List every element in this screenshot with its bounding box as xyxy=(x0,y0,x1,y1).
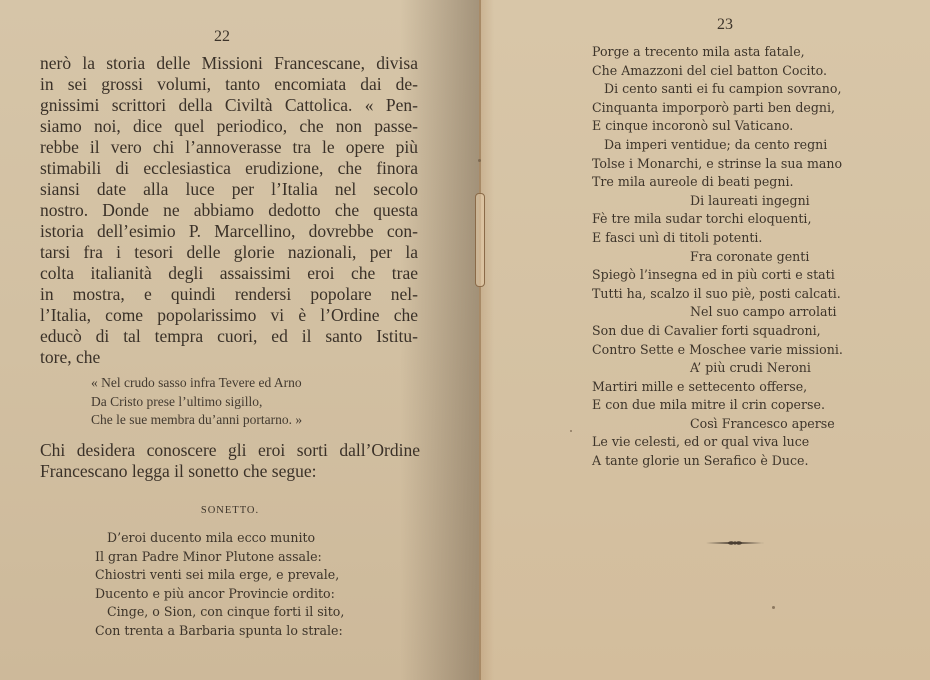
verse-line: Di laureati ingegni xyxy=(592,192,843,211)
text-line: educò di tal tempra cuori, ed il santo I… xyxy=(40,326,418,347)
verse-line: D’eroi ducento mila ecco munito xyxy=(95,529,344,548)
quote-line: Che le sue membra du’anni portarno. » xyxy=(91,411,302,430)
verse-line: A’ più crudi Neroni xyxy=(592,359,843,378)
text-line: gnissimi scrittori della Civiltà Cattoli… xyxy=(40,95,418,116)
verse-line: Il gran Padre Minor Plutone assale: xyxy=(95,548,344,567)
verse-line: Che Amazzoni del ciel batton Cocito. xyxy=(592,62,843,81)
verse-line: Da imperi ventidue; da cento regni xyxy=(592,136,843,155)
verse-line: Nel suo campo arrolati xyxy=(592,303,843,322)
paper-speck xyxy=(478,159,481,162)
verse-line: Di cento santi ei fu campion sovrano, xyxy=(592,80,843,99)
book-spread: 22 nerò la storia delle Missioni Frances… xyxy=(0,0,930,680)
quote-line: « Nel crudo sasso infra Tevere ed Arno xyxy=(91,374,302,393)
page-number: 23 xyxy=(717,16,733,34)
verse-line: Martiri mille e settecento offerse, xyxy=(592,378,843,397)
text-line: Francescano legga il sonetto che segue: xyxy=(40,461,420,482)
text-line: rebbe il vero chi l’annoverasse tra le o… xyxy=(40,137,418,158)
verse-line: Le vie celesti, ed or qual viva luce xyxy=(592,433,843,452)
sonnet-verse: D’eroi ducento mila ecco munito Il gran … xyxy=(95,529,344,641)
verse-line: Ducento e più ancor Provincie ordito: xyxy=(95,585,344,604)
quote-line: Da Cristo prese l’ultimo sigillo, xyxy=(91,393,302,412)
intro-paragraph: Chi desidera conoscere gli eroi sorti da… xyxy=(40,440,420,482)
verse-line: E fasci unì di titoli potenti. xyxy=(592,229,843,248)
verse-line: Cinge, o Sion, con cinque forti il sito, xyxy=(95,603,344,622)
text-line: nerò la storia delle Missioni Francescan… xyxy=(40,53,418,74)
text-line: colta italianità degli assaissimi eroi c… xyxy=(40,263,418,284)
verse-line: Fè tre mila sudar torchi eloquenti, xyxy=(592,210,843,229)
left-page: 22 nerò la storia delle Missioni Frances… xyxy=(0,0,480,680)
verse-line: Spiegò l’insegna ed in più corti e stati xyxy=(592,266,843,285)
text-line: istoria dell’esimio P. Marcellino, dovre… xyxy=(40,221,418,242)
book-gutter xyxy=(479,0,481,680)
verse-line: Così Francesco aperse xyxy=(592,415,843,434)
verse-line: Chiostri venti sei mila erge, e prevale, xyxy=(95,566,344,585)
block-quote: « Nel crudo sasso infra Tevere ed Arno D… xyxy=(91,374,302,430)
verse-line: Contro Sette e Moschee varie missioni. xyxy=(592,341,843,360)
page-number: 22 xyxy=(214,28,230,46)
text-line: tore, che xyxy=(40,347,418,368)
verse-line: Son due di Cavalier forti squadroni, xyxy=(592,322,843,341)
verse-line: Porge a trecento mila asta fatale, xyxy=(592,43,843,62)
verse-line: Con trenta a Barbaria spunta lo strale: xyxy=(95,622,344,641)
verse-line: Tutti ha, scalzo il suo piè, posti calca… xyxy=(592,285,843,304)
verse-line: Tre mila aureole di beati pegni. xyxy=(592,173,843,192)
sonnet-heading: SONETTO. xyxy=(0,505,460,516)
text-line: in mostra, e quindi rendersi popolare ne… xyxy=(40,284,418,305)
verse-line: Tolse i Monarchi, e strinse la sua mano xyxy=(592,155,843,174)
verse-line: Cinquanta imporporò parti ben degni, xyxy=(592,99,843,118)
text-line: l’Italia, come popolarissimo vi è l’Ordi… xyxy=(40,305,418,326)
verse-line: A tante glorie un Serafico è Duce. xyxy=(592,452,843,471)
text-line: tarsi fra i tesori delle glorie nazional… xyxy=(40,242,418,263)
sonnet-continuation: Porge a trecento mila asta fatale, Che A… xyxy=(592,43,843,471)
binding-stitch xyxy=(475,193,485,287)
tailpiece-ornament-icon xyxy=(706,540,764,546)
verse-line: E con due mila mitre il crin coperse. xyxy=(592,396,843,415)
prose-paragraph: nerò la storia delle Missioni Francescan… xyxy=(40,53,418,368)
text-line: siamo noi, dice quel periodico, che non … xyxy=(40,116,418,137)
paper-speck xyxy=(570,430,572,432)
text-line: Chi desidera conoscere gli eroi sorti da… xyxy=(40,440,420,461)
text-line: nostro. Donde ne abbiamo dedotto che que… xyxy=(40,200,418,221)
text-line: siansi date alla luce per l’Italia nel s… xyxy=(40,179,418,200)
verse-line: Fra coronate genti xyxy=(592,248,843,267)
verse-line: E cinque incoronò sul Vaticano. xyxy=(592,117,843,136)
text-line: in sei grossi volumi, tanto encomiata da… xyxy=(40,74,418,95)
text-line: stimabili di ecclesiastica erudizione, c… xyxy=(40,158,418,179)
paper-speck xyxy=(772,606,775,609)
